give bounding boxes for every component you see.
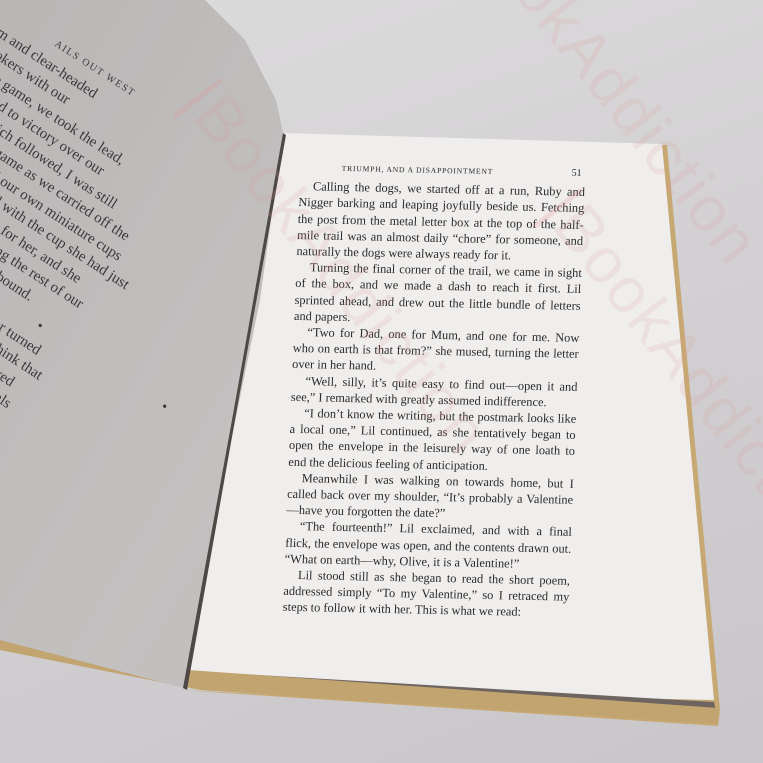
- right-page-text: TRIUMPH, AND A DISAPPOINTMENT 51 Calling…: [283, 160, 586, 621]
- paragraph: “Two for Dad, one for Mum, and one for m…: [292, 324, 580, 379]
- paragraph: Turning the final corner of the trail, w…: [294, 259, 582, 330]
- paragraph: Meanwhile I was walking on towards home,…: [286, 470, 574, 525]
- paragraph: Lil stood still as she began to read the…: [283, 567, 571, 622]
- paragraph: Calling the dogs, we started off at a ru…: [296, 178, 585, 265]
- page-number: 51: [571, 166, 582, 182]
- paragraph: “I don’t know the writing, but the postm…: [288, 405, 576, 476]
- chapter-title: TRIUMPH, AND A DISAPPOINTMENT: [341, 161, 493, 180]
- paragraph: “The fourteenth!” Lil exclaimed, and wit…: [284, 518, 572, 573]
